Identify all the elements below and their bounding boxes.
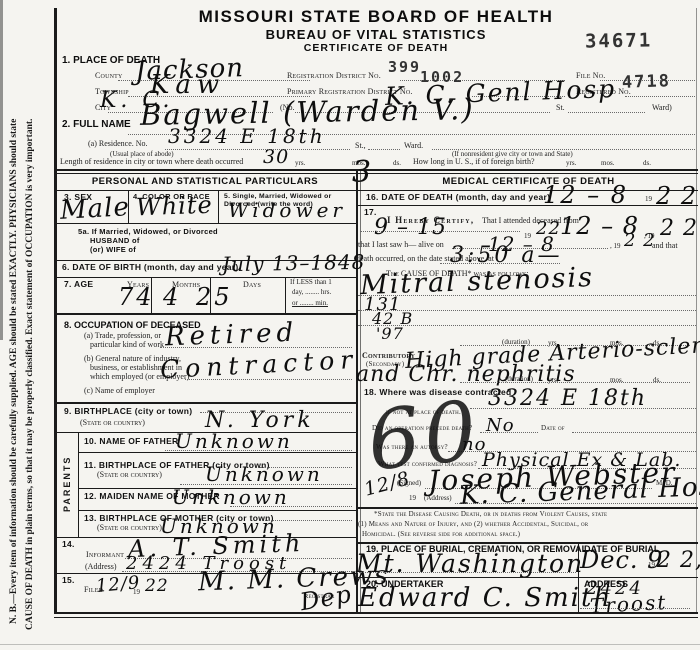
marital-value: Widower: [228, 200, 346, 220]
dotted-line: [358, 295, 696, 296]
occupation-a-label1: (a) Trade, profession, or: [84, 332, 161, 340]
how-long-us-label: How long in U. S., if of foreign birth?: [413, 158, 535, 166]
age-years-value: 74: [118, 285, 155, 309]
lastsaw-19-label: , 19: [610, 243, 621, 250]
attended-from-date: 9 – 15: [374, 217, 447, 239]
dotted-line: [460, 382, 690, 383]
parents-label: PARENTS: [62, 456, 72, 512]
ds-label: ds.: [393, 160, 401, 167]
dotted-line: [265, 520, 352, 521]
age-months-value: 4: [163, 285, 179, 309]
cell-divider: [285, 277, 286, 313]
date-of-death-value: 12 – 8: [543, 183, 628, 207]
birthplace-label: 9. BIRTHPLACE (city or town): [64, 407, 192, 416]
item-14-number: 14.: [62, 540, 75, 549]
county-label: County: [95, 72, 123, 80]
item-15-number: 15.: [62, 576, 75, 585]
mos-label: mos.: [601, 160, 614, 167]
last-saw-label: that I last saw h— alive on: [358, 241, 444, 249]
ward-label: Ward): [652, 104, 672, 112]
deputy-mark: Dep: [298, 582, 353, 615]
length-of-residence-label: Length of residence in city or town wher…: [60, 158, 243, 166]
race-value: White: [136, 193, 213, 220]
yrs-label: yrs.: [295, 160, 305, 167]
place-of-burial-value: Mt. Washington: [356, 551, 584, 576]
less-than-label1: If LESS than 1: [290, 279, 332, 286]
rule: [356, 507, 698, 509]
rule: [356, 577, 698, 578]
signature-19-label: 19: [409, 495, 416, 502]
date-of-death-label: 16. DATE OF DEATH (month, day and year): [366, 193, 550, 202]
dotted-line: [165, 149, 350, 150]
residence-ward-label: Ward.: [404, 142, 423, 150]
registration-district-label: Registration District No.: [287, 72, 381, 80]
rule: [54, 223, 356, 224]
cause-code-3: '97: [376, 326, 404, 342]
parents-box-divider: [78, 432, 79, 537]
informant-label: Informant: [86, 551, 124, 559]
residence-label: (a) Residence. No.: [88, 140, 148, 148]
occupation-c-label: (c) Name of employer: [84, 387, 155, 395]
and-that-label: and that: [652, 242, 678, 250]
wife-of-label: (or) WIFE of: [90, 246, 136, 254]
burial-19-label: 19: [648, 562, 655, 569]
rule: [78, 452, 356, 453]
signature-address-label: (Address): [424, 495, 452, 502]
date-of-birth-value: July 13–1848: [222, 252, 366, 274]
less-than-label3: or ........ min.: [292, 300, 328, 307]
yrs-label: yrs.: [566, 160, 576, 167]
heavy-rule: [54, 402, 356, 404]
age-days-value: 25: [196, 285, 233, 309]
overlay-mark-60: 60: [364, 390, 484, 483]
dotted-line: [568, 112, 645, 113]
scan-edge-artifact: [0, 0, 3, 340]
left-section-header: PERSONAL AND STATISTICAL PARTICULARS: [54, 177, 356, 187]
sex-value: Male: [59, 194, 130, 224]
double-rule: [54, 173, 698, 174]
filed-19-label: 19: [133, 589, 140, 596]
father-name-label: 10. NAME OF FATHER: [84, 437, 179, 446]
death-certificate-scan: N. B.—Every item of information should b…: [0, 0, 700, 650]
filed-year-value: 22: [145, 578, 169, 595]
dotted-line: [625, 96, 695, 97]
rule: [356, 205, 698, 206]
right-section-header: MEDICAL CERTIFICATE OF DEATH: [362, 177, 695, 187]
column-divider2: [360, 171, 361, 613]
double-rule: [54, 169, 698, 171]
less-than-label2: day, ........ hrs.: [292, 289, 331, 296]
full-name-label: 2. FULL NAME: [62, 120, 131, 130]
disease-contracted-value: 3324 E 18th: [488, 388, 647, 410]
form-border-right: [696, 8, 697, 614]
last-saw-year: 2 2: [624, 232, 656, 250]
date-of-birth-label: 6. DATE OF BIRTH (month, day and year): [62, 263, 239, 272]
footnote-line3: Homicidal. (See reverse side for additio…: [362, 531, 520, 538]
age-label: 7. AGE: [64, 280, 93, 289]
occupation-a-label2: particular kind of work: [90, 341, 164, 349]
informant-address-label: (Address): [85, 563, 117, 571]
state-or-country-label: (State or country): [97, 471, 162, 479]
occupation-a-value: Retired: [165, 320, 299, 351]
residence-value: 3324 E 18th: [168, 126, 326, 146]
st-label: St.: [556, 104, 565, 112]
operation-answer: No: [486, 417, 515, 435]
dotted-line: [358, 325, 696, 326]
father-name-value: Unknown: [175, 431, 293, 451]
undertaker-address-value2: Troost: [590, 592, 668, 616]
certificate-number-stamp: 34671: [585, 31, 653, 51]
state-or-country-label: (State or country): [80, 419, 145, 427]
rule: [78, 510, 356, 511]
days-label: Days: [243, 281, 261, 289]
mother-name-value: Unknown: [172, 487, 290, 507]
registration-district-value: 399: [388, 60, 421, 75]
state-or-country-label: (State or country): [97, 524, 162, 532]
page-edge-line: [0, 644, 700, 645]
form-border-left: [54, 8, 57, 614]
married-widowed-label: 5a. If Married, Widowed, or Divorced: [78, 228, 218, 236]
column-divider: [356, 171, 358, 613]
attended-to-year: 2 2: [660, 218, 698, 240]
margin-note-line1: N. B.—Every item of information should b…: [9, 119, 19, 624]
footnote-line2: (1) Means and Nature of Injury, and (2) …: [358, 521, 588, 528]
undertaker-value: Edward C. Smith: [358, 585, 612, 611]
occupation-b-value: Contractor: [159, 347, 358, 382]
residence-st-label: St.,: [355, 142, 366, 150]
ds-label: ds.: [643, 160, 651, 167]
registered-no-value: 4718: [622, 73, 672, 92]
dotted-line: [368, 149, 400, 150]
footnote-line1: *State the Disease Causing Death, or in …: [374, 511, 607, 518]
date-of-label: Date of: [541, 425, 565, 432]
date-of-burial-year: 2 2,: [657, 550, 700, 572]
cell-divider: [218, 190, 219, 223]
dotted-line: [470, 408, 696, 409]
dod-19-label: 19: [645, 196, 652, 203]
heavy-rule: [54, 313, 356, 315]
dotted-line: [580, 608, 690, 609]
length-of-residence-value: 30: [263, 148, 289, 167]
dotted-line: [572, 432, 696, 433]
father-birthplace-value: Unknown: [205, 464, 323, 484]
husband-of-label: HUSBAND of: [90, 237, 140, 245]
margin-note-line2: CAUSE OF DEATH in plain terms, so that i…: [25, 119, 35, 630]
board-title: MISSOURI STATE BOARD OF HEALTH: [54, 8, 698, 25]
